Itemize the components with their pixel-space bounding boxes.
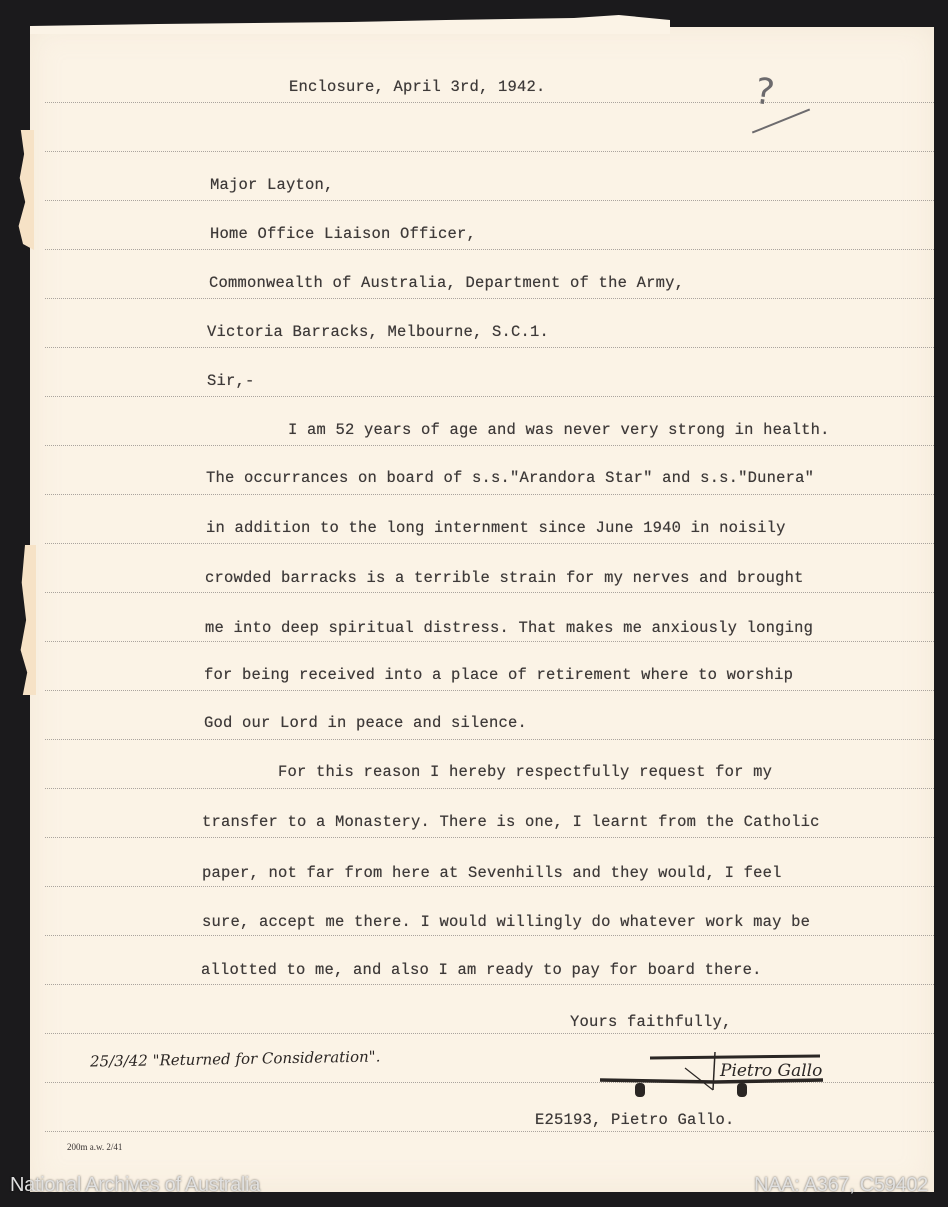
ruled-line (45, 445, 934, 446)
ruled-line (45, 641, 934, 642)
body-line: paper, not far from here at Sevenhills a… (202, 864, 782, 882)
ruled-line (45, 396, 934, 397)
body-line: crowded barracks is a terrible strain fo… (205, 569, 804, 587)
ruled-line (45, 592, 934, 593)
torn-left-edge (12, 130, 34, 250)
body-line: God our Lord in peace and silence. (204, 714, 527, 732)
ruled-line (45, 984, 934, 985)
ruled-line (45, 1033, 934, 1034)
body-line: for being received into a place of retir… (204, 666, 793, 684)
salutation: Sir,- (207, 372, 255, 390)
body-line: I am 52 years of age and was never very … (250, 421, 830, 439)
ruled-line (45, 886, 934, 887)
archive-reference: NAA: A367, C59402 (754, 1174, 928, 1197)
form-code: 200m a.w. 2/41 (67, 1142, 122, 1152)
recipient-line: Victoria Barracks, Melbourne, S.C.1. (207, 323, 549, 341)
recipient-line: Major Layton, (210, 176, 334, 194)
ruled-line (45, 298, 934, 299)
body-line: For this reason I hereby respectfully re… (240, 763, 772, 781)
body-line: sure, accept me there. I would willingly… (202, 913, 810, 931)
torn-left-edge (14, 545, 36, 695)
ruled-line (45, 739, 934, 740)
ruled-line (45, 102, 934, 103)
ruled-line (45, 347, 934, 348)
ruled-line (45, 543, 934, 544)
recipient-line: Home Office Liaison Officer, (210, 225, 476, 243)
document-page (30, 27, 934, 1192)
body-line: me into deep spiritual distress. That ma… (205, 619, 813, 637)
ruled-line (45, 788, 934, 789)
body-line: The occurrances on board of s.s."Arandor… (206, 469, 814, 487)
ruled-line (45, 935, 934, 936)
torn-top-edge (30, 14, 670, 34)
ruled-line (45, 690, 934, 691)
ruled-line (45, 151, 934, 152)
body-line: transfer to a Monastery. There is one, I… (202, 813, 820, 831)
signature-image: Pietro Gallo (595, 1050, 825, 1108)
archive-name: National Archives of Australia (10, 1174, 260, 1197)
ruled-line (45, 200, 934, 201)
signature-text: Pietro Gallo (719, 1061, 822, 1081)
recipient-line: Commonwealth of Australia, Department of… (209, 274, 684, 292)
ruled-line (45, 837, 934, 838)
signatory: E25193, Pietro Gallo. (535, 1111, 735, 1129)
body-line: in addition to the long internment since… (206, 519, 786, 537)
closing: Yours faithfully, (570, 1013, 732, 1031)
document-heading: Enclosure, April 3rd, 1942. (289, 78, 546, 96)
ruled-line (45, 494, 934, 495)
ruled-line (45, 1131, 934, 1132)
body-line: allotted to me, and also I am ready to p… (201, 961, 762, 979)
ruled-line (45, 249, 934, 250)
